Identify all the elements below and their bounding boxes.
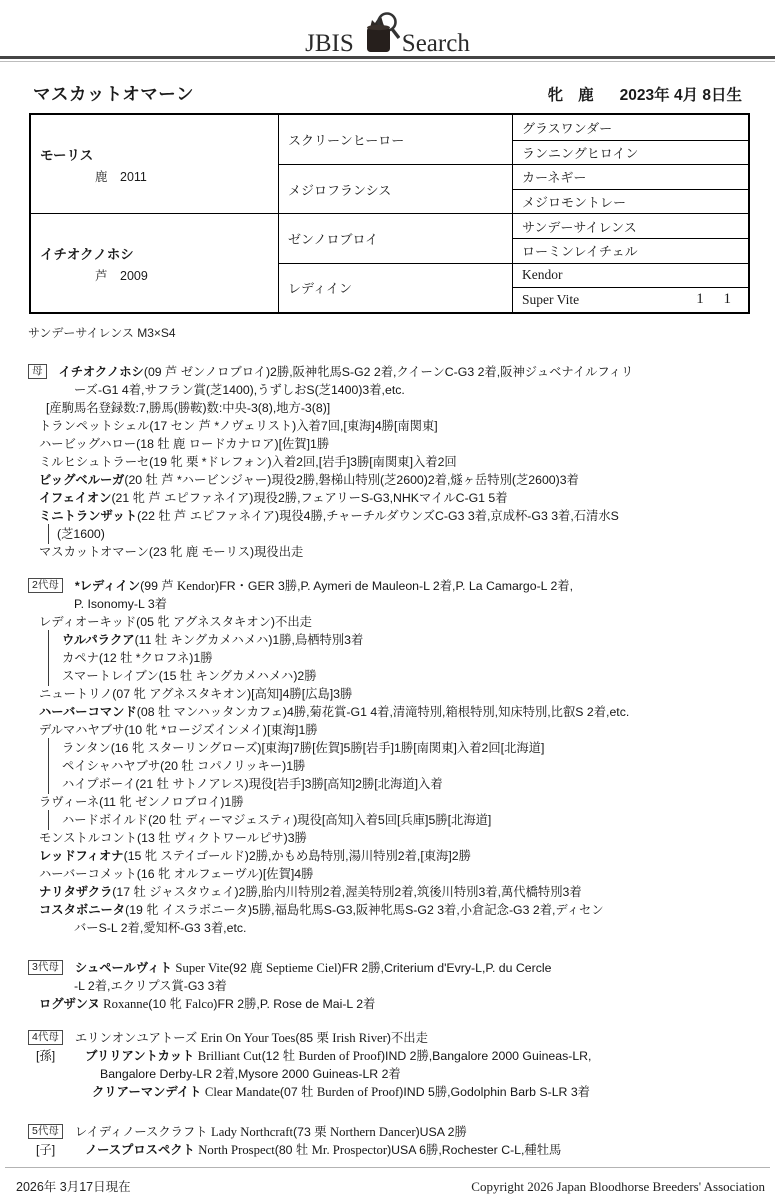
connector-bar-icon — [48, 666, 49, 686]
ancestor-name: イチオクノホシ — [31, 243, 278, 263]
family-line: バーS-L 2着,愛知杯-G3 3着,etc. — [0, 919, 775, 937]
family-line: マスカットオマーン(23 牝 鹿 モーリス)現役出走 — [0, 543, 775, 561]
family-line: 2代母*レディイン(99 芦 Kendor)FR・GER 3勝,P. Aymer… — [0, 577, 775, 595]
family-section-4: 4代母エリンオンユアトーズ Erin On Your Toes(85 栗 Iri… — [0, 1029, 775, 1101]
pedigree-table: モーリス鹿 2011イチオクノホシ芦 2009スクリーンヒーローメジロフランシス… — [29, 113, 750, 314]
family-line: ハーバーコマンド(08 牡 マンハッタンカフェ)4勝,菊花賞-G1 4着,清滝特… — [0, 703, 775, 721]
family-line: ハーバーコメット(16 牝 オルフェーヴル)[佐賀]4勝 — [0, 865, 775, 883]
family-line: スマートレイブン(15 牡 キングカメハメハ)2勝 — [0, 667, 775, 685]
line-text: Burden of Proof — [298, 1049, 380, 1063]
family-line: 5代母レイディノースクラフト Lady Northcraft(73 栗 Nort… — [0, 1123, 775, 1141]
horse-coat: 鹿 — [578, 83, 594, 105]
line-text: Clear Mandate — [205, 1085, 280, 1099]
page-title: マスカットオマーン — [33, 81, 194, 106]
line-text: ニュートリノ(07 牝 アグネスタキオン)[高知]4勝[広島]3勝 — [39, 687, 352, 701]
pedigree-cell-gen3-4: メジロモントレー — [512, 189, 748, 214]
family-line: ウルパラクア(11 牡 キングカメハメハ)1勝,鳥栖特別3着 — [0, 631, 775, 649]
pedigree-cell-gen3-6: ローミンレイチェル — [512, 238, 748, 263]
line-text: (92 鹿 — [229, 961, 266, 975]
family-line: (芝1600) — [0, 525, 775, 543]
connector-bar-icon — [48, 810, 49, 830]
line-text: (80 牡 — [275, 1143, 312, 1157]
ancestor-name: グラスワンダー — [522, 118, 612, 137]
line-text: トランペットシェル(17 セン 芦 *ノヴェリスト)入着7回,[東海]4勝[南関… — [39, 419, 438, 433]
line-text: P. Isonomy-L 3着 — [74, 597, 167, 611]
generation-label: 2代母 — [28, 578, 63, 593]
family-line: ナリタザクラ(17 牡 ジャスタウェイ)2勝,胎内川特別2着,渥美特別2着,筑後… — [0, 883, 775, 901]
generation-label: 母 — [28, 364, 47, 379]
horse-name: ログザンヌ — [39, 997, 100, 1011]
pedigree-report-page: JBIS Search マスカットオマーン 牝 鹿 2023年 4月 8日生 モ… — [0, 0, 775, 1200]
horse-name: シュペールヴィト — [75, 961, 172, 975]
line-text: [産駒馬名登録数:7,勝馬(勝鞍)数:中央-3(8),地方-3(8)] — [46, 401, 330, 415]
line-text: ハーバーコメット(16 牝 オルフェーヴル)[佐賀]4勝 — [39, 867, 313, 881]
connector-bar-icon — [48, 630, 49, 650]
line-text: (10 牝 — [148, 997, 185, 1011]
line-text: ハードボイルド(20 牡 ディーマジェスティ)現役[高知]入着5回[兵庫]5勝[… — [62, 813, 491, 827]
horse-name: イフェイオン — [39, 491, 111, 505]
line-text: ペイシャハヤブサ(20 牡 コパノリッキー)1勝 — [62, 759, 305, 773]
family-line: ペイシャハヤブサ(20 牡 コパノリッキー)1勝 — [0, 757, 775, 775]
connector-bar-icon — [48, 648, 49, 668]
ancestor-coat-year: 鹿 2011 — [31, 167, 278, 185]
pedigree-cell-gen3-3: カーネギー — [512, 164, 748, 189]
line-text: レイディノースクラフト — [75, 1125, 211, 1139]
horse-name: *レディイン — [75, 579, 140, 593]
footer-copyright: Copyright 2026 Japan Bloodhorse Breeders… — [471, 1179, 765, 1195]
family-line: ラヴィーネ(11 牝 ゼンノロブロイ)1勝 — [0, 793, 775, 811]
line-text: バーS-L 2着,愛知杯-G3 3着,etc. — [74, 921, 246, 935]
pedigree-cell-sire: モーリス鹿 2011 — [31, 115, 278, 213]
line-text: )FR 2勝,Criterium d'Evry-L,P. du Cercle — [337, 961, 551, 975]
family-line: コスタボニータ(19 牝 イスラボニータ)5勝,福島牝馬S-G3,阪神牝馬S-G… — [0, 901, 775, 919]
line-text: ラヴィーネ(11 牝 ゼンノロブロイ)1勝 — [39, 795, 244, 809]
pedigree-cell-gen3-8: Super Vite1 1 — [512, 287, 748, 312]
line-text: エリンオンユアトーズ — [75, 1031, 201, 1045]
family-section-3: 3代母シュペールヴィト Super Vite(92 鹿 Septieme Cie… — [0, 959, 775, 1013]
family-line: 3代母シュペールヴィト Super Vite(92 鹿 Septieme Cie… — [0, 959, 775, 977]
family-line: ミルヒシュトラーセ(19 牝 栗 *ドレフォン)入着2回,[岩手]3勝[南関東]… — [0, 453, 775, 471]
line-text: Brilliant Cut — [198, 1049, 262, 1063]
line-text: )IND 2勝,Bangalore 2000 Guineas-LR, — [381, 1049, 592, 1063]
family-line: レディオーキッド(05 牝 アグネスタキオン)不出走 — [0, 613, 775, 631]
family-number: 1 1 — [696, 291, 739, 308]
line-text: (19 牝 イスラボニータ)5勝,福島牝馬S-G3,阪神牝馬S-G2 3着,小倉… — [125, 903, 604, 917]
line-text: Mr. Prospector — [312, 1143, 387, 1157]
inbreed-line: サンデーサイレンス M3×S4 — [28, 324, 775, 341]
line-text: (11 牡 キングカメハメハ)1勝,鳥栖特別3着 — [135, 633, 364, 647]
line-text: -L 2着,エクリプス賞-G3 3着 — [74, 979, 227, 993]
family-line: 4代母エリンオンユアトーズ Erin On Your Toes(85 栗 Iri… — [0, 1029, 775, 1047]
line-text: (21 牝 芦 エピファネイア)現役2勝,フェアリーS-G3,NHKマイルC-G… — [111, 491, 507, 505]
line-text: ランタン(16 牝 スターリングローズ)[東海]7勝[佐賀]5勝[岩手]1勝[南… — [62, 741, 544, 755]
line-text: )USA 2勝 — [416, 1125, 467, 1139]
line-text: Bangalore Derby-LR 2着,Mysore 2000 Guinea… — [100, 1067, 401, 1081]
ancestor-name: Super Vite — [522, 292, 579, 308]
family-line: ビッグベルーガ(20 牡 芦 *ハービンジャー)現役2勝,磐梯山特別(芝2600… — [0, 471, 775, 489]
family-line: ハイプボーイ(21 牡 サトノアレス)現役[岩手]3勝[高知]2勝[北海道]入着 — [0, 775, 775, 793]
line-text: [孫] — [36, 1049, 55, 1063]
family-line: クリアーマンデイト Clear Mandate(07 牡 Burden of P… — [0, 1083, 775, 1101]
family-line: [産駒馬名登録数:7,勝馬(勝鞍)数:中央-3(8),地方-3(8)] — [0, 399, 775, 417]
pedigree-cell-dam: イチオクノホシ芦 2009 — [31, 213, 278, 311]
line-text: Lady Northcraft — [211, 1125, 293, 1139]
header-rule-light — [0, 61, 775, 62]
line-text: (17 牡 ジャスタウェイ)2勝,胎内川特別2着,渥美特別2着,筑後川特別3着,… — [112, 885, 581, 899]
family-line: ランタン(16 牝 スターリングローズ)[東海]7勝[佐賀]5勝[岩手]1勝[南… — [0, 739, 775, 757]
pedigree-cell-sire-dam: メジロフランシス — [278, 164, 512, 213]
pedigree-cell-gen3-1: グラスワンダー — [512, 115, 748, 140]
line-text: )IND 5勝,Godolphin Barb S-LR 3着 — [399, 1085, 590, 1099]
pedigree-cell-dam-dam: レディイン — [278, 263, 512, 312]
family-line: レッドフィオナ(15 牝 ステイゴールド)2勝,かもめ島特別,湯川特別2着,[東… — [0, 847, 775, 865]
family-line: -L 2着,エクリプス賞-G3 3着 — [0, 977, 775, 995]
family-line: イフェイオン(21 牝 芦 エピファネイア)現役2勝,フェアリーS-G3,NHK… — [0, 489, 775, 507]
line-text: Irish River — [332, 1031, 387, 1045]
generation-label: 3代母 — [28, 960, 63, 975]
horse-name: コスタボニータ — [39, 903, 125, 917]
ancestor-name: メジロモントレー — [522, 192, 626, 211]
family-line: ニュートリノ(07 牝 アグネスタキオン)[高知]4勝[広島]3勝 — [0, 685, 775, 703]
generation-label: 5代母 — [28, 1124, 63, 1139]
line-text: Erin On Your Toes — [201, 1031, 296, 1045]
pedigree-cell-gen3-7: Kendor — [512, 263, 748, 288]
horse-name: ウルパラクア — [62, 633, 135, 647]
family-line: ミニトランザット(22 牡 芦 エピファネイア)現役4勝,チャーチルダウンズC-… — [0, 507, 775, 525]
family-line: [子]ノースプロスペクト North Prospect(80 牡 Mr. Pro… — [0, 1141, 775, 1159]
line-text: (73 栗 — [293, 1125, 330, 1139]
line-text: )USA 6勝,Rochester C-L,種牡馬 — [387, 1143, 561, 1157]
line-text: (85 栗 — [295, 1031, 332, 1045]
line-text: ハービッグハロー(18 牡 鹿 ロードカナロア)[佐賀]1勝 — [39, 437, 329, 451]
ancestor-name: ローミンレイチェル — [522, 241, 638, 260]
line-text: Kendor — [177, 579, 215, 593]
horse-name: ミニトランザット — [39, 509, 137, 523]
family-section-5: 5代母レイディノースクラフト Lady Northcraft(73 栗 Nort… — [0, 1123, 775, 1159]
line-text: Northern Dancer — [330, 1125, 416, 1139]
ancestor-name: Kendor — [522, 267, 563, 283]
line-text: モンストルコント(13 牡 ヴィクトワールピサ)3勝 — [39, 831, 307, 845]
family-line: P. Isonomy-L 3着 — [0, 595, 775, 613]
family-line: トランペットシェル(17 セン 芦 *ノヴェリスト)入着7回,[東海]4勝[南関… — [0, 417, 775, 435]
line-text: スマートレイブン(15 牡 キングカメハメハ)2勝 — [62, 669, 317, 683]
line-text: (12 牡 — [262, 1049, 299, 1063]
horse-name: イチオクノホシ — [59, 365, 144, 379]
line-text: Roxanne — [103, 997, 148, 1011]
line-text: ハイプボーイ(21 牡 サトノアレス)現役[岩手]3勝[高知]2勝[北海道]入着 — [62, 777, 443, 791]
family-line: Bangalore Derby-LR 2着,Mysore 2000 Guinea… — [0, 1065, 775, 1083]
line-text: (08 牡 マンハッタンカフェ)4勝,菊花賞-G1 4着,清滝特別,箱根特別,知… — [137, 705, 630, 719]
connector-bar-icon — [48, 738, 49, 758]
family-line: [孫]ブリリアントカット Brilliant Cut(12 牡 Burden o… — [0, 1047, 775, 1065]
horse-birthdate: 2023年 4月 8日生 — [620, 83, 742, 105]
horse-name: ビッグベルーガ — [39, 473, 124, 487]
line-text: レディオーキッド(05 牝 アグネスタキオン)不出走 — [39, 615, 312, 629]
horse-name: クリアーマンデイト — [92, 1085, 201, 1099]
footer-date: 2026年 3月17日現在 — [16, 1177, 131, 1195]
line-text: (07 牡 — [280, 1085, 317, 1099]
generation-label: 4代母 — [28, 1030, 63, 1045]
family-line: デルマハヤブサ(10 牝 *ロージズインメイ)[東海]1勝 — [0, 721, 775, 739]
connector-bar-icon — [48, 524, 49, 544]
line-text: マスカットオマーン(23 牝 鹿 モーリス)現役出走 — [39, 545, 303, 559]
line-text: [子] — [36, 1143, 55, 1157]
horse-sex: 牝 — [548, 83, 564, 105]
family-line: ハードボイルド(20 牡 ディーマジェスティ)現役[高知]入着5回[兵庫]5勝[… — [0, 811, 775, 829]
family-line: ハービッグハロー(18 牡 鹿 ロードカナロア)[佐賀]1勝 — [0, 435, 775, 453]
pedigree-cell-sire-sire: スクリーンヒーロー — [278, 115, 512, 164]
family-line: ログザンヌ Roxanne(10 牝 Falco)FR 2勝,P. Rose d… — [0, 995, 775, 1013]
ancestor-name: カーネギー — [522, 167, 586, 186]
line-text: (09 芦 ゼンノロブロイ)2勝,阪神牝馬S-G2 2着,クイーンC-G3 2着… — [144, 365, 633, 379]
logo-text-search: Search — [402, 31, 470, 56]
horse-name: レッドフィオナ — [39, 849, 124, 863]
line-text: (15 牝 ステイゴールド)2勝,かもめ島特別,湯川特別2着,[東海]2勝 — [124, 849, 471, 863]
horse-basic-info: 牝 鹿 2023年 4月 8日生 — [548, 83, 742, 105]
title-row: マスカットオマーン 牝 鹿 2023年 4月 8日生 — [33, 81, 742, 106]
family-section-2: 2代母*レディイン(99 芦 Kendor)FR・GER 3勝,P. Aymer… — [0, 577, 775, 937]
pedigree-cell-dam-sire: ゼンノロブロイ — [278, 213, 512, 262]
logo-text-jbis: JBIS — [305, 31, 354, 56]
horse-name: ノースプロスペクト — [85, 1143, 195, 1157]
family-sections: 母イチオクノホシ(09 芦 ゼンノロブロイ)2勝,阪神牝馬S-G2 2着,クイー… — [0, 363, 775, 1159]
pedigree-cell-gen3-2: ランニングヒロイン — [512, 140, 748, 165]
connector-bar-icon — [48, 756, 49, 776]
line-text: Septieme Ciel — [266, 961, 338, 975]
ancestor-coat-year: 芦 2009 — [31, 266, 278, 284]
ancestor-name: サンデーサイレンス — [522, 217, 637, 236]
line-text: )FR・GER 3勝,P. Aymeri de Mauleon-L 2着,P. … — [215, 579, 573, 593]
family-line: ーズ-G1 4着,サフラン賞(芝1400),うずしおS(芝1400)3着,etc… — [0, 381, 775, 399]
connector-bar-icon — [48, 774, 49, 794]
line-text: Burden of Proof — [317, 1085, 399, 1099]
line-text: Falco — [185, 997, 213, 1011]
line-text: ーズ-G1 4着,サフラン賞(芝1400),うずしおS(芝1400)3着,etc… — [74, 383, 405, 397]
line-text: Super Vite — [175, 961, 229, 975]
family-section-1: 母イチオクノホシ(09 芦 ゼンノロブロイ)2勝,阪神牝馬S-G2 2着,クイー… — [0, 363, 775, 561]
jbis-logo: JBIS Search — [0, 0, 775, 56]
horse-name: ブリリアントカット — [85, 1049, 194, 1063]
line-text: デルマハヤブサ(10 牝 *ロージズインメイ)[東海]1勝 — [39, 723, 318, 737]
line-text: )FR 2勝,P. Rose de Mai-L 2着 — [213, 997, 375, 1011]
line-text: カペナ(12 牡 *クロフネ)1勝 — [62, 651, 213, 665]
line-text: (芝1600) — [57, 527, 105, 541]
line-text: ミルヒシュトラーセ(19 牝 栗 *ドレフォン)入着2回,[岩手]3勝[南関東]… — [39, 455, 457, 469]
line-text: (22 牡 芦 エピファネイア)現役4勝,チャーチルダウンズC-G3 3着,京成… — [137, 509, 619, 523]
footer: 2026年 3月17日現在 Copyright 2026 Japan Blood… — [0, 1167, 775, 1200]
family-line: モンストルコント(13 牡 ヴィクトワールピサ)3勝 — [0, 829, 775, 847]
ancestor-name: ランニングヒロイン — [522, 143, 638, 162]
line-text: (99 芦 — [140, 579, 177, 593]
horse-name: ハーバーコマンド — [39, 705, 137, 719]
ancestor-name: モーリス — [31, 144, 278, 164]
line-text: (20 牡 芦 *ハービンジャー)現役2勝,磐梯山特別(芝2600)2着,燧ヶ岳… — [124, 473, 579, 487]
family-line: 母イチオクノホシ(09 芦 ゼンノロブロイ)2勝,阪神牝馬S-G2 2着,クイー… — [0, 363, 775, 381]
pedigree-cell-gen3-5: サンデーサイレンス — [512, 213, 748, 238]
jbis-magnifier-horse-icon — [360, 11, 400, 60]
horse-name: ナリタザクラ — [39, 885, 112, 899]
line-text: )不出走 — [387, 1031, 428, 1045]
line-text: North Prospect — [198, 1143, 274, 1157]
family-line: カペナ(12 牡 *クロフネ)1勝 — [0, 649, 775, 667]
